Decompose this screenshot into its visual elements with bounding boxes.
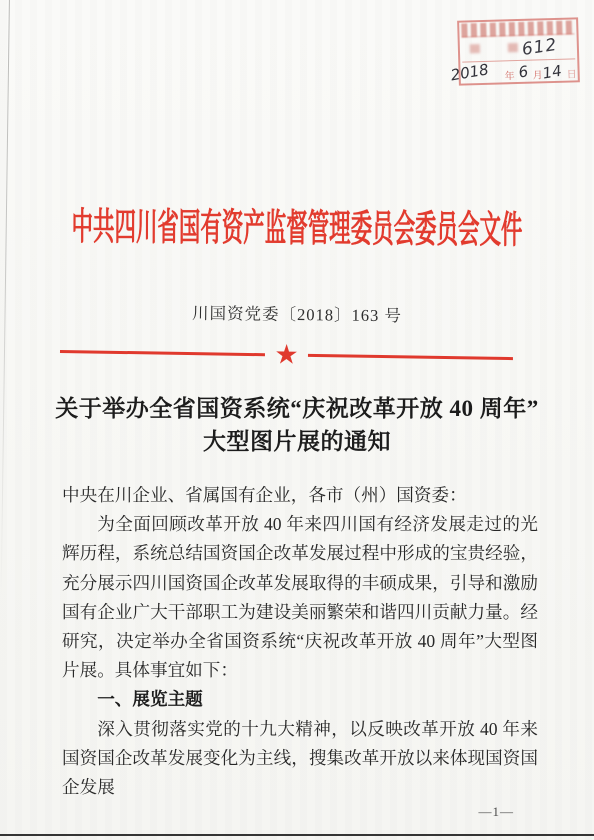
document-org-header: 中共四川省国有资产监督管理委员会委员会文件 bbox=[72, 195, 523, 253]
stamp-faded-mark bbox=[470, 44, 480, 53]
stamp-year-label: 年 bbox=[504, 67, 514, 82]
red-divider: ★ bbox=[60, 338, 513, 372]
scan-edge-bottom bbox=[0, 834, 594, 836]
document-number: 川国资党委〔2018〕163 号 bbox=[0, 297, 594, 328]
received-stamp: 612 2018 年 6 月 14 日 bbox=[457, 17, 580, 85]
scanned-document-page: 612 2018 年 6 月 14 日 中共四川省国有资产监督管理委员会委员会文… bbox=[0, 0, 594, 840]
stamp-number-handwritten: 612 bbox=[520, 35, 558, 60]
stamp-month-handwritten: 6 bbox=[517, 62, 529, 81]
stamp-faded-mark bbox=[508, 43, 518, 52]
section-1-paragraph: 深入贯彻落实党的十九大精神，以反映改革开放 40 年来国资国企改革发展变化为主线… bbox=[62, 715, 538, 803]
page-number: —1— bbox=[479, 804, 515, 820]
document-body: 中央在川企业、省属国有企业，各市（州）国资委： 为全面回顾改革开放 40 年来四… bbox=[62, 481, 538, 802]
stamp-day-handwritten: 14 bbox=[541, 62, 563, 83]
paragraph-1: 为全面回顾改革开放 40 年来四川国有经济发展走过的光辉历程，系统总结国资国企改… bbox=[62, 510, 538, 685]
stamp-day-label: 日 bbox=[566, 65, 576, 80]
section-1-heading: 一、展览主题 bbox=[62, 685, 538, 714]
document-title: 关于举办全省国资系统“庆祝改革开放 40 周年” 大型图片展的通知 bbox=[40, 392, 554, 458]
stamp-date-row: 2018 年 6 月 14 日 bbox=[462, 59, 576, 84]
stamp-year-handwritten: 2018 bbox=[449, 60, 490, 84]
stamp-middle-row: 612 bbox=[462, 34, 576, 62]
org-header-wrap: 中共四川省国有资产监督管理委员会委员会文件 bbox=[0, 197, 594, 252]
document-title-line1: 关于举办全省国资系统“庆祝改革开放 40 周年” bbox=[40, 392, 554, 425]
red-divider-right bbox=[308, 354, 513, 361]
document-title-line2: 大型图片展的通知 bbox=[40, 425, 554, 458]
star-icon: ★ bbox=[274, 341, 299, 368]
red-divider-left bbox=[60, 350, 265, 357]
salutation: 中央在川企业、省属国有企业，各市（州）国资委： bbox=[62, 481, 538, 510]
